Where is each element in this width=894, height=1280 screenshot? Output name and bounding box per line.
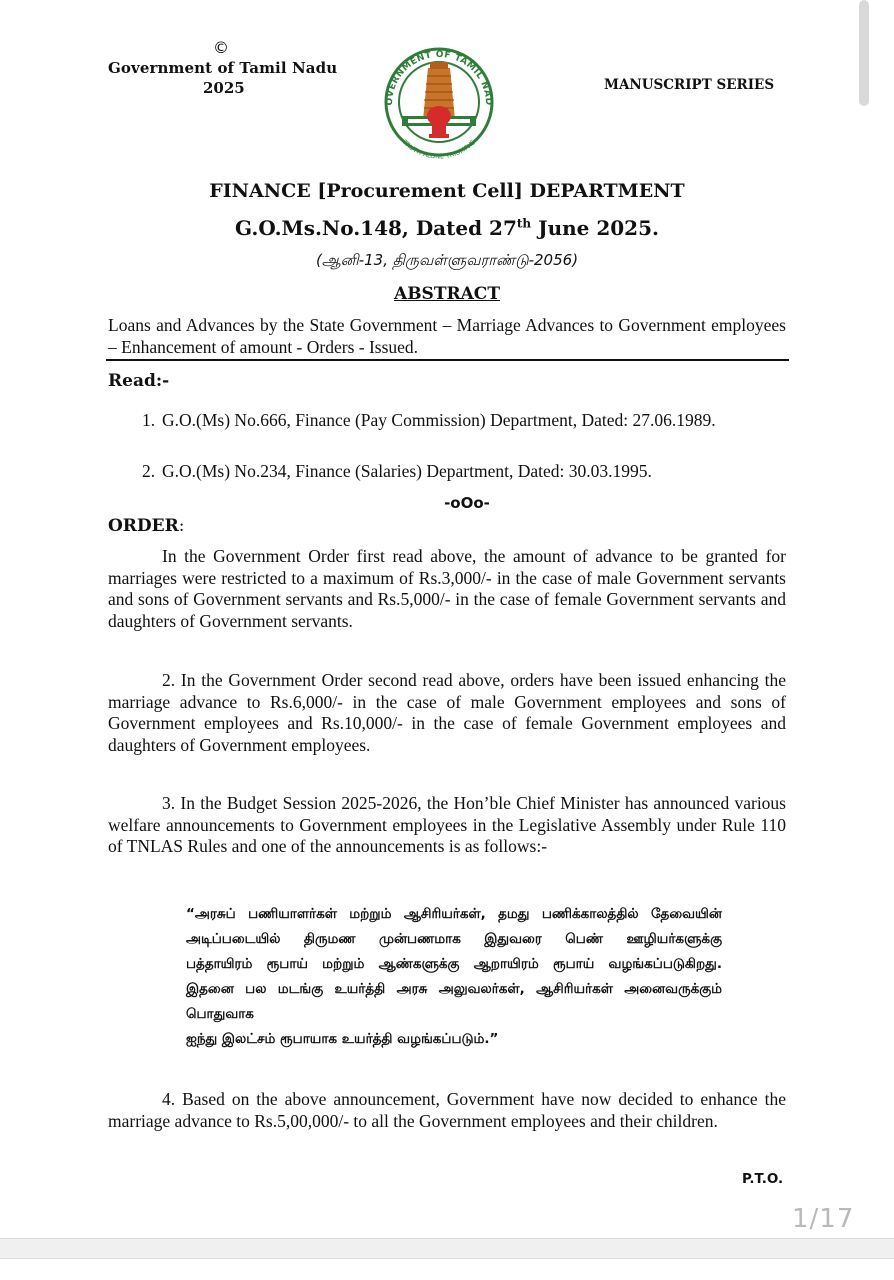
copyright-year: 2025: [203, 79, 245, 97]
pto-label: P.T.O.: [742, 1171, 783, 1187]
page-indicator: 1/17: [792, 1204, 854, 1234]
tamil-nadu-emblem-icon: GOVERNMENT OF TAMIL NADU TRUTH ALONE TRI…: [378, 38, 500, 166]
tamil-date: (ஆனி-13, திருவள்ளுவராண்டு-2056): [0, 251, 894, 271]
section-separator: -oOo-: [0, 494, 894, 512]
divider-rule: [106, 359, 789, 361]
reference-item: 2. G.O.(Ms) No.234, Finance (Salaries) D…: [142, 461, 770, 482]
order-paragraph-4: 4. Based on the above announcement, Gove…: [108, 1089, 786, 1132]
vertical-scrollbar[interactable]: [859, 0, 869, 106]
order-paragraph-2: 2. In the Government Order second read a…: [108, 670, 786, 756]
document-page: © Government of Tamil Nadu 2025 MANUSCRI…: [0, 0, 894, 1238]
go-number: G.O.Ms.No.148, Dated 27th June 2025.: [0, 216, 894, 240]
read-heading: Read:-: [108, 371, 169, 391]
order-paragraph-1: In the Government Order first read above…: [108, 546, 786, 632]
order-paragraph-3: 3. In the Budget Session 2025-2026, the …: [108, 793, 786, 858]
copyright-symbol: ©: [213, 38, 229, 57]
page-separator-bar: [0, 1238, 894, 1259]
abstract-text: Loans and Advances by the State Governme…: [108, 315, 786, 358]
department-title: FINANCE [Procurement Cell] DEPARTMENT: [0, 180, 894, 202]
series-label: MANUSCRIPT SERIES: [604, 77, 774, 93]
government-name: Government of Tamil Nadu: [108, 59, 337, 77]
abstract-heading: ABSTRACT: [0, 284, 894, 304]
reference-item: 1. G.O.(Ms) No.666, Finance (Pay Commiss…: [142, 410, 770, 431]
announcement-quote: “அரசுப் பணியாளர்கள் மற்றும் ஆசிரியர்கள்,…: [186, 902, 722, 1052]
order-heading: ORDER:: [108, 516, 185, 536]
